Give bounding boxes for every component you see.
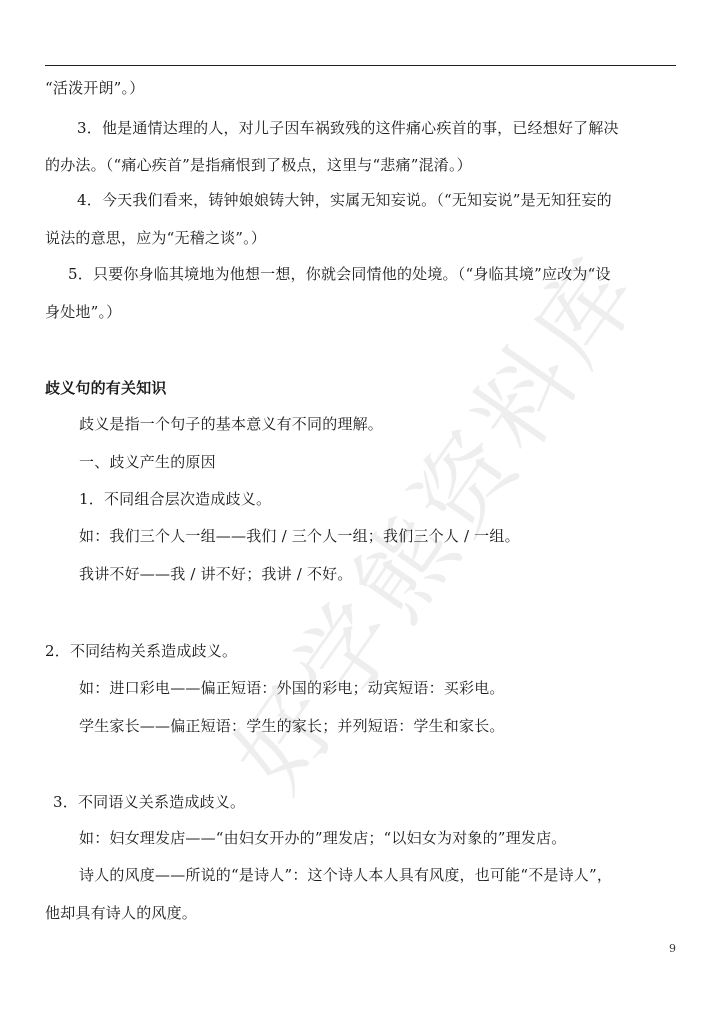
text-line: 5．只要你身临其境地为他想一想，你就会同情他的处境。（“身临其境”应改为“设 <box>68 264 611 284</box>
text-line: 2．不同结构关系造成歧义。 <box>45 641 237 661</box>
text-line: 他却具有诗人的风度。 <box>45 903 197 923</box>
text-line: 3．他是通情达理的人，对儿子因车祸致残的这件痛心疾首的事，已经想好了解决 <box>77 118 619 138</box>
text-line: 3．不同语义关系造成歧义。 <box>53 792 245 812</box>
text-line: 4．今天我们看来，铸钟娘娘铸大钟，实属无知妄说。（“无知妄说”是无知狂妄的 <box>77 190 612 210</box>
text-line: 的办法。（“痛心疾首”是指痛恨到了极点，这里与“悲痛”混淆。） <box>45 155 472 175</box>
page-number: 9 <box>669 942 676 955</box>
header-rule <box>45 65 676 66</box>
section-heading: 歧义句的有关知识 <box>45 378 167 398</box>
text-line: 我讲不好——我 / 讲不好；我讲 / 不好。 <box>79 564 353 584</box>
text-line: 歧义是指一个句子的基本意义有不同的理解。 <box>79 414 383 434</box>
text-line: 如：我们三个人一组——我们 / 三个人一组；我们三个人 / 一组。 <box>79 526 520 546</box>
text-line: 身处地”。） <box>45 302 121 322</box>
text-line: 如：妇女理发店——“由妇女开办的”理发店；“以妇女为对象的”理发店。 <box>79 828 566 848</box>
text-line: 学生家长——偏正短语：学生的家长；并列短语：学生和家长。 <box>79 716 505 736</box>
text-line: 1．不同组合层次造成歧义。 <box>79 489 271 509</box>
text-line: 说法的意思，应为“无稽之谈”。） <box>45 228 266 248</box>
text-line: 一、歧义产生的原因 <box>79 452 216 472</box>
text-line: 如：进口彩电——偏正短语：外国的彩电；动宾短语：买彩电。 <box>79 678 505 698</box>
text-line: “活泼开朗”。） <box>45 78 144 98</box>
text-line: 诗人的风度——所说的“是诗人”：这个诗人本人具有风度，也可能“不是诗人”， <box>79 865 612 885</box>
